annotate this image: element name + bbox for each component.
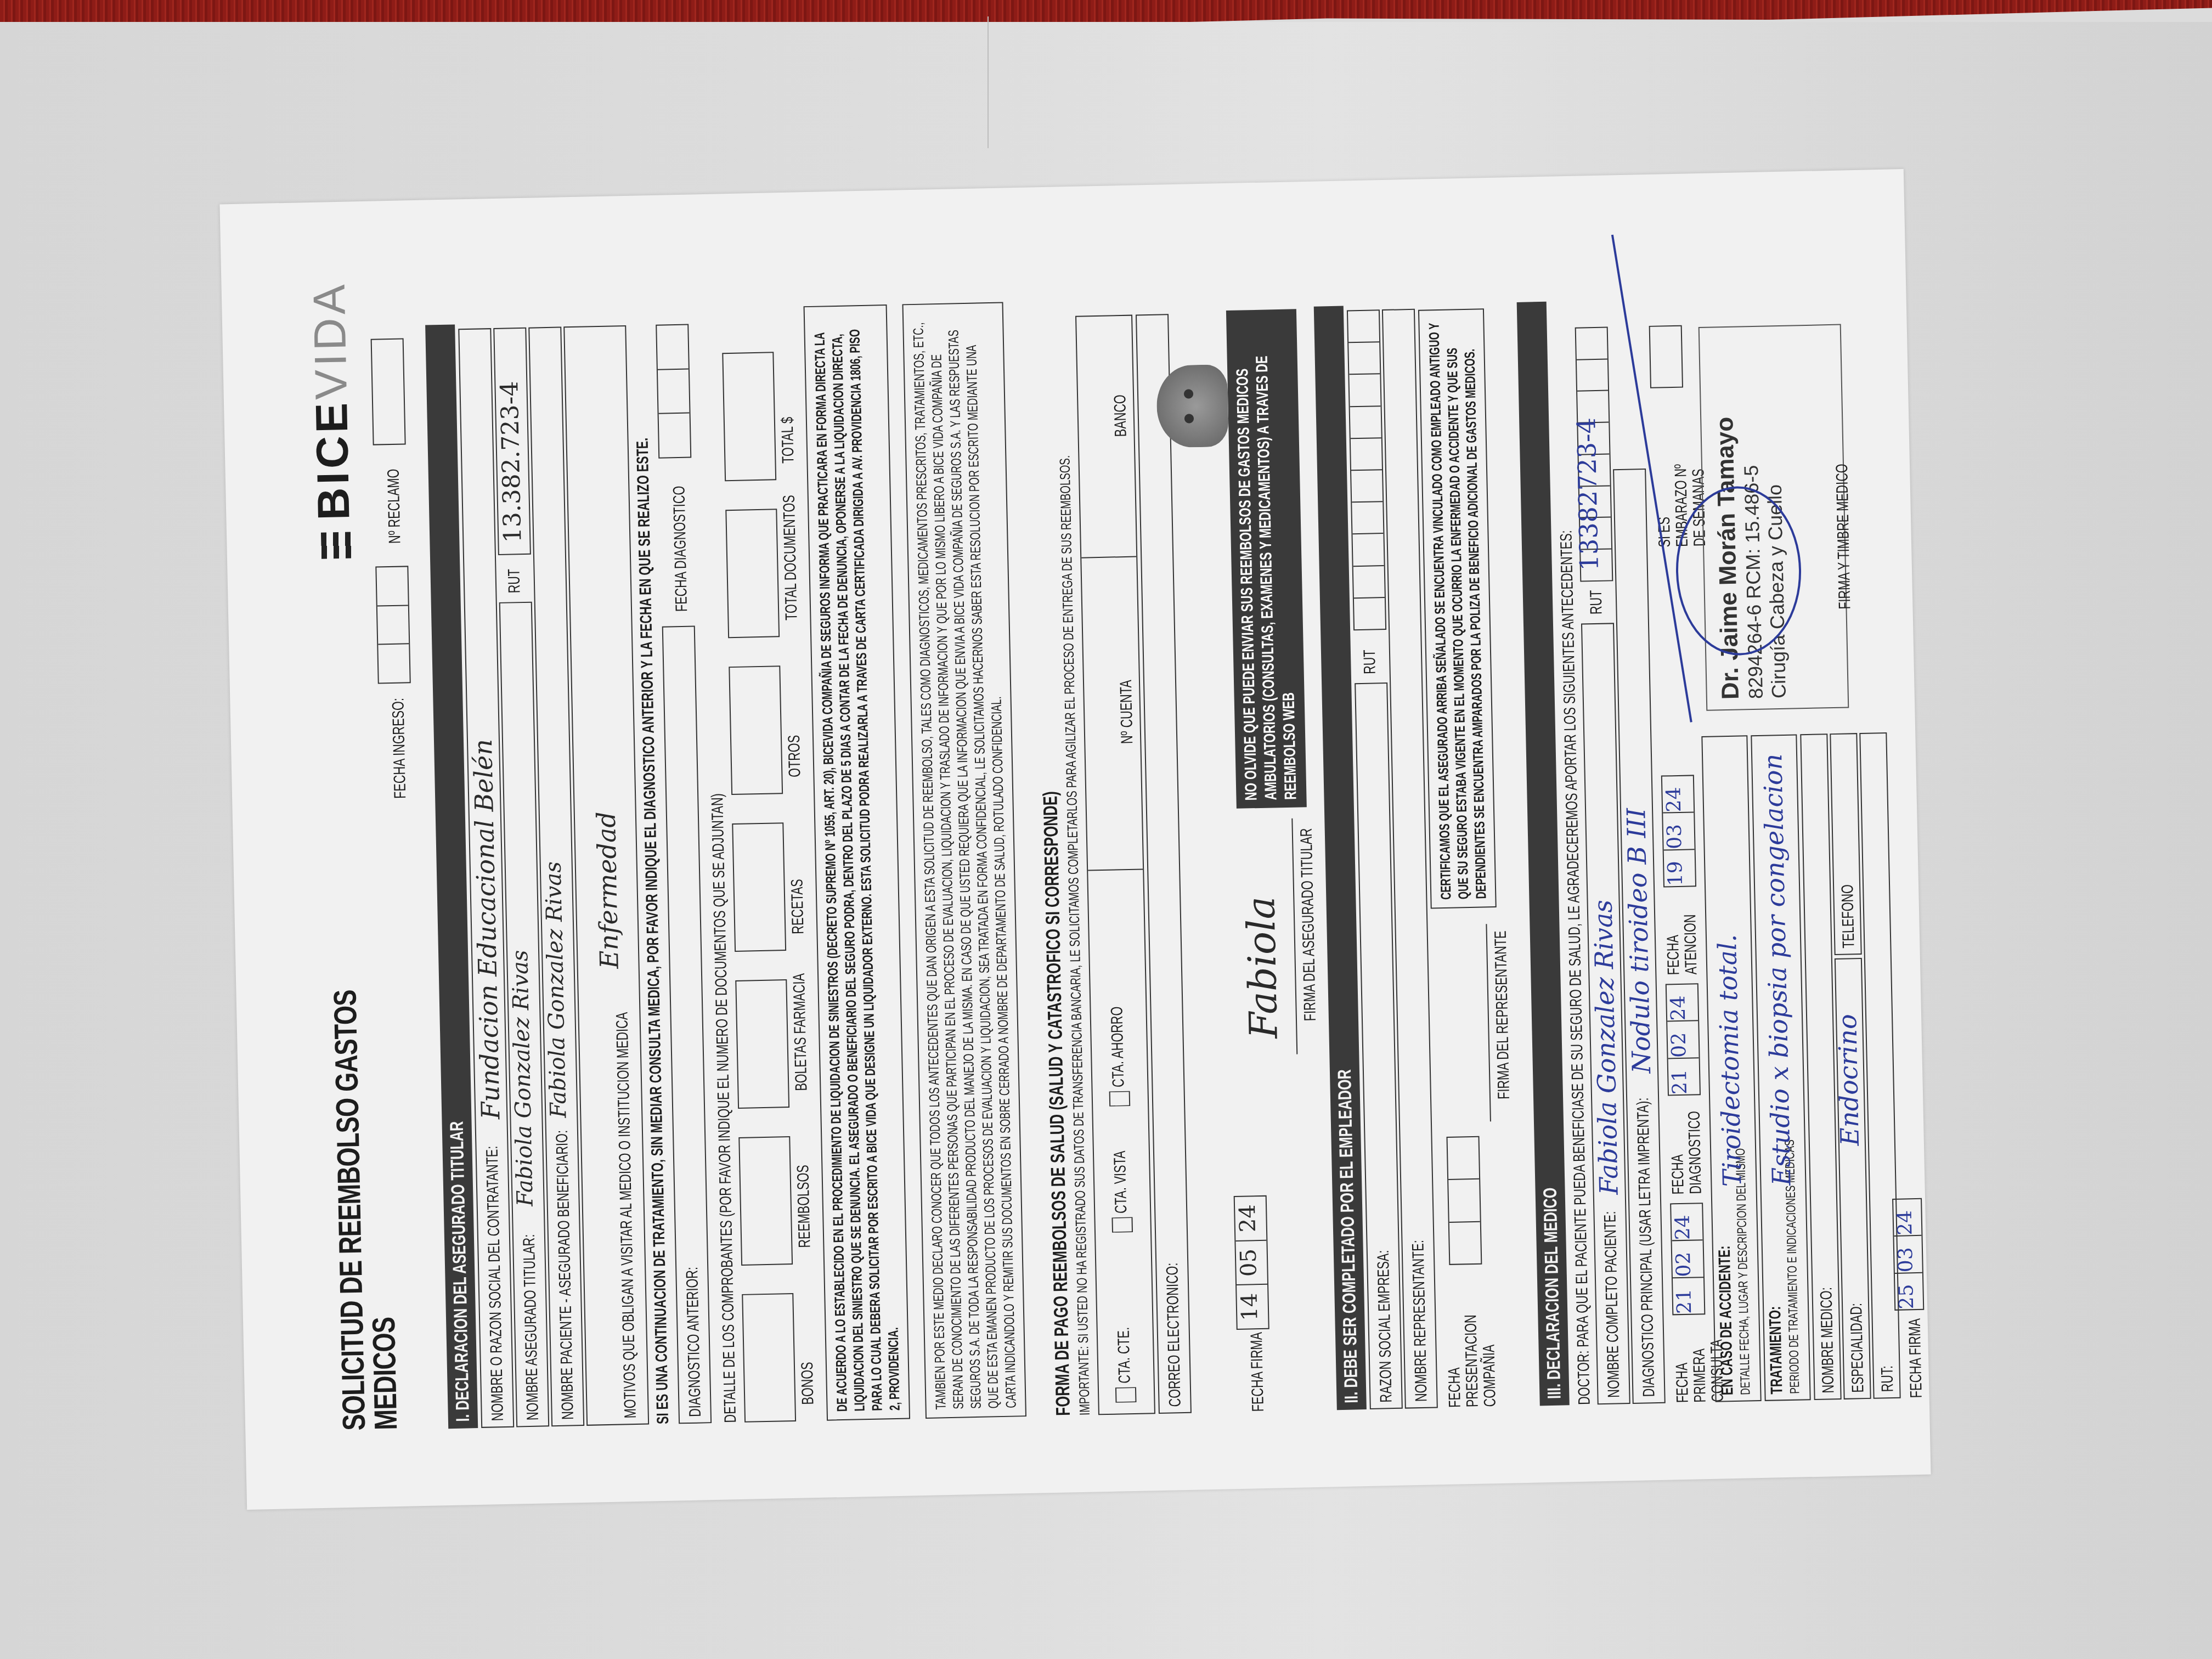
doc-count-box-boletas-farmacia[interactable] bbox=[735, 979, 789, 1109]
doc-count-label: RECETAS bbox=[788, 879, 808, 934]
paper-fold bbox=[988, 16, 989, 148]
especialidad-value: Endocrino bbox=[1832, 1014, 1865, 1146]
fecha-diagnostico-field[interactable] bbox=[656, 324, 691, 459]
doc-count-label: BOLETAS FARMACIA bbox=[790, 973, 811, 1091]
paciente-rut-value: 13382723-4 bbox=[1571, 417, 1604, 571]
form-title: SOLICITUD DE REEMBOLSO GASTOS MEDICOS bbox=[329, 989, 402, 1431]
doc-count-box-total[interactable] bbox=[722, 352, 776, 481]
rut-medico-label: RUT: bbox=[1878, 1365, 1897, 1392]
titular-rut-value: 13.382.723-4 bbox=[495, 381, 527, 543]
firma-representante-label: FIRMA DEL REPRESENTANTE bbox=[1492, 930, 1514, 1099]
fecha-diagnostico-label: FECHA DIAGNOSTICO bbox=[670, 486, 691, 612]
fecha-presentacion-field[interactable] bbox=[1446, 1136, 1482, 1265]
representante-label: NOMBRE REPRESENTANTE: bbox=[1409, 1240, 1431, 1402]
doc-count-label: OTROS bbox=[785, 735, 805, 777]
titular-label: NOMBRE ASEGURADO TITULAR: bbox=[520, 1234, 543, 1420]
diagnostico-label: DIAGNOSTICO PRINCIPAL (USAR LETRA IMPREN… bbox=[1634, 1097, 1658, 1397]
n-reclamo-field[interactable] bbox=[371, 338, 406, 445]
doc-count-label: TOTAL DOCUMENTOS bbox=[780, 495, 802, 620]
titular-rut-label: RUT bbox=[505, 569, 524, 594]
paciente-rut-label: RUT bbox=[1587, 590, 1606, 614]
doctor-fecha-firma-field[interactable]: 250324 bbox=[1892, 1198, 1924, 1311]
contratante-label: NOMBRE O RAZON SOCIAL DEL CONTRATANTE: bbox=[483, 1145, 507, 1421]
cuenta-label: Nº CUENTA bbox=[1117, 680, 1137, 744]
fecha-ingreso-field[interactable] bbox=[375, 566, 410, 684]
doc-count-box-recetas[interactable] bbox=[732, 822, 786, 952]
doc-count-label: REEMBOLSOS bbox=[794, 1165, 814, 1248]
option-cta-cte[interactable]: CTA. CTE. bbox=[1114, 1327, 1137, 1403]
titular-value: Fabiola Gonzalez Rivas bbox=[507, 950, 538, 1206]
reimbursement-form-sheet: SOLICITUD DE REEMBOLSO GASTOS MEDICOS BI… bbox=[219, 169, 1931, 1510]
certificamos-text: CERTIFICAMOS QUE EL ASEGURADO ARRIBA SEÑ… bbox=[1418, 308, 1497, 909]
fecha-diag-label: FECHA DIAGNOSTICO bbox=[1668, 1115, 1705, 1194]
fecha-atencion-field[interactable]: 190324 bbox=[1661, 775, 1696, 887]
especialidad-label: ESPECIALIDAD: bbox=[1847, 1303, 1867, 1393]
correo-label: CORREO ELECTRONICO: bbox=[1163, 1262, 1184, 1407]
paciente-label: NOMBRE PACIENTE - ASEGURADO BENEFICIARIO… bbox=[553, 1130, 578, 1420]
nombre-medico-label: NOMBRE MEDICO: bbox=[1817, 1287, 1838, 1393]
titular-signature: Fabiola bbox=[1238, 896, 1286, 1039]
nombre-paciente-label: NOMBRE COMPLETO PACIENTE: bbox=[1601, 1211, 1623, 1398]
reimbursement-form: SOLICITUD DE REEMBOLSO GASTOS MEDICOS BI… bbox=[219, 169, 1931, 1510]
empresa-rut-field[interactable] bbox=[1347, 309, 1386, 630]
logo-bars-icon bbox=[321, 532, 352, 559]
banco-label: BANCO bbox=[1111, 394, 1131, 437]
tratamiento-value-1: Tiroidectomia total. bbox=[1712, 934, 1747, 1187]
firma-titular-line bbox=[1291, 819, 1297, 1054]
contratante-value: Fundacion Educacional Belén bbox=[468, 739, 506, 1120]
diagnostico-anterior-label: DIAGNOSTICO ANTERIOR: bbox=[683, 1267, 705, 1417]
motivos-label: MOTIVOS QUE OBLIGAN A VISITAR AL MEDICO … bbox=[613, 1012, 640, 1418]
legal-confidencial: TAMBIEN POR ESTE MEDIO DECLARO CONOCER Q… bbox=[902, 302, 1026, 1419]
motivos-value: Enfermedad bbox=[591, 811, 624, 969]
nombre-paciente-value: Fabiola Gonzalez Rivas bbox=[1588, 900, 1624, 1195]
logo-light: VIDA bbox=[304, 281, 356, 400]
tratamiento-value-2: Estudio x biopsia por congelacion bbox=[1758, 753, 1796, 1186]
fecha-presentacion-label: FECHA PRESENTACION COMPAÑIA bbox=[1444, 1312, 1499, 1408]
fecha-diag-field[interactable]: 210224 bbox=[1666, 983, 1701, 1096]
n-reclamo-label: Nº RECLAMO bbox=[385, 469, 405, 544]
razon-social-label: RAZON SOCIAL EMPRESA: bbox=[1374, 1250, 1396, 1402]
doc-count-box-total-documentos[interactable] bbox=[725, 509, 780, 638]
tratamiento-label: TRATAMIENTO: bbox=[1766, 1306, 1786, 1394]
cta-vista-checkbox[interactable] bbox=[1111, 1217, 1133, 1233]
legal-liquidacion: DE ACUERDO A LO ESTABLECIDO EN EL PROCED… bbox=[804, 304, 911, 1421]
doc-count-box-reembolsos[interactable] bbox=[738, 1136, 793, 1266]
cta-cte-checkbox[interactable] bbox=[1115, 1387, 1137, 1403]
fecha-firma-label: FECHA FIRMA bbox=[1248, 1332, 1268, 1412]
accidente-label: EN CASO DE ACCIDENTE: bbox=[1716, 1245, 1737, 1395]
doc-count-label: BONOS bbox=[798, 1362, 818, 1405]
firma-titular-label: FIRMA DEL ASEGURADO TITULAR bbox=[1297, 828, 1320, 1021]
cta-ahorro-checkbox[interactable] bbox=[1109, 1091, 1131, 1107]
embarazo-field[interactable] bbox=[1649, 325, 1683, 388]
bice-vida-logo: BICEVIDA bbox=[303, 281, 361, 559]
telefono-field[interactable]: TELEFONO bbox=[1830, 733, 1861, 955]
reembolso-web-notice: NO OLVIDE QUE PUEDE ENVIAR SUS REEMBOLSO… bbox=[1226, 309, 1307, 808]
section-3-header: III. DECLARACION DEL MEDICO bbox=[1517, 302, 1570, 1406]
diagnostico-value: Nodulo tiroideo B III bbox=[1621, 808, 1656, 1074]
doc-count-box-otros[interactable] bbox=[729, 665, 783, 795]
fecha-firma-field[interactable]: 14 05 24 bbox=[1234, 1195, 1269, 1330]
firma-timbre-label: FIRMA Y TIMBRE MEDICO bbox=[1833, 464, 1855, 610]
empresa-rut-label: RUT bbox=[1361, 650, 1380, 674]
option-cta-ahorro[interactable]: CTA. AHORRO bbox=[1107, 1006, 1130, 1107]
fecha-primera-field[interactable]: 210224 bbox=[1670, 1203, 1705, 1315]
paciente-value: Fabiola Gonzalez Rivas bbox=[541, 861, 572, 1118]
doctor-fecha-firma-label: FECHA FIRMA bbox=[1906, 1318, 1926, 1398]
option-cta-vista[interactable]: CTA. VISTA bbox=[1110, 1150, 1133, 1233]
logo-bold: BICE bbox=[307, 399, 359, 521]
titular-rut-field[interactable]: 13.382.723-4 bbox=[493, 328, 531, 555]
fecha-atencion-label: FECHA ATENCION bbox=[1664, 907, 1701, 975]
firma-representante-line bbox=[1486, 924, 1491, 1121]
doc-count-box-bonos[interactable] bbox=[742, 1293, 796, 1423]
fecha-ingreso-label: FECHA INGRESO: bbox=[389, 698, 410, 799]
telefono-label: TELEFONO bbox=[1838, 884, 1858, 949]
doc-count-label: TOTAL $ bbox=[778, 417, 798, 464]
